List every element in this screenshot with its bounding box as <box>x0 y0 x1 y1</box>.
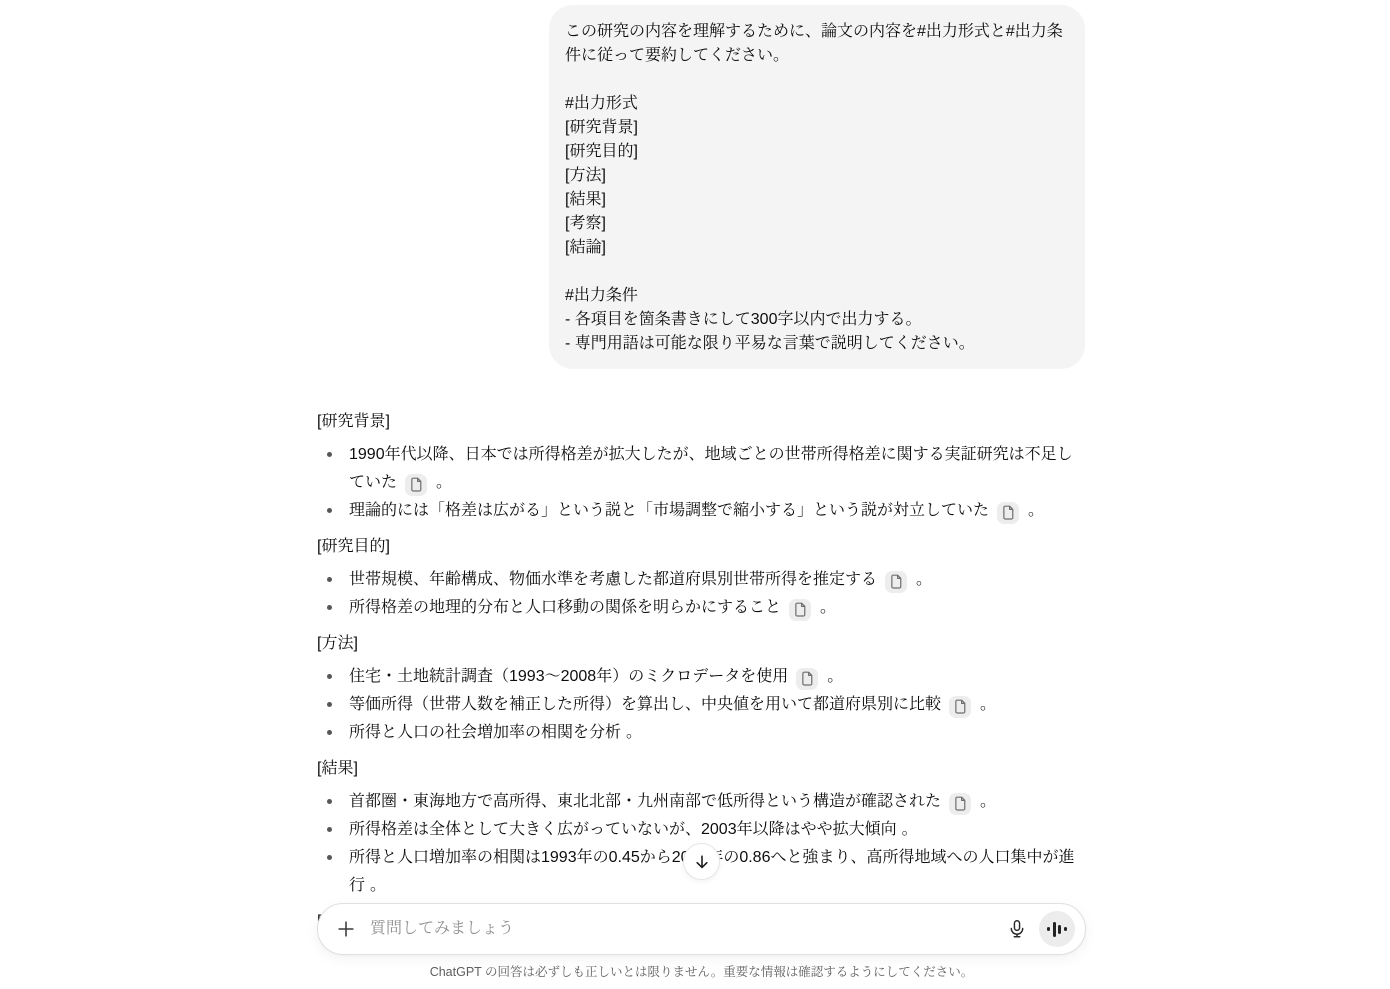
list-item: 理論的には「格差は広がる」という説と「市場調整で縮小する」という説が対立していた… <box>317 497 1085 525</box>
citation-chip[interactable] <box>796 668 818 690</box>
document-icon <box>1002 505 1015 520</box>
list-item: 住宅・土地統計調査（1993〜2008年）のミクロデータを使用。 <box>317 663 1085 691</box>
bullet-text: 。 <box>916 571 932 588</box>
plus-icon <box>335 918 357 940</box>
bullet-text: 1990年代以降、日本では所得格差が拡大したが、地域ごとの世帯所得格差に関する実… <box>349 446 1073 491</box>
user-message-line: [方法] <box>565 164 1069 188</box>
user-message-line: [結果] <box>565 188 1069 212</box>
user-message-line: この研究の内容を理解するために、論文の内容を#出力形式と#出力条件に従って要約し… <box>565 20 1069 68</box>
attach-button[interactable] <box>330 913 362 945</box>
voice-mode-button[interactable] <box>1039 911 1075 947</box>
section-heading-research-purpose: [研究目的] <box>317 533 1085 561</box>
arrow-down-icon <box>692 852 712 872</box>
list-item: 世帯規模、年齢構成、物価水準を考慮した都道府県別世帯所得を推定する。 <box>317 566 1085 594</box>
chat-input[interactable] <box>370 920 1001 938</box>
bullet-list: 世帯規模、年齢構成、物価水準を考慮した都道府県別世帯所得を推定する。 所得格差の… <box>317 566 1085 622</box>
user-message-row: この研究の内容を理解するために、論文の内容を#出力形式と#出力条件に従って要約し… <box>317 0 1085 369</box>
bullet-text: 。 <box>370 877 386 894</box>
citation-chip[interactable] <box>405 474 427 496</box>
bullet-text: 。 <box>626 724 642 741</box>
message-composer[interactable] <box>317 903 1086 955</box>
conversation-column: この研究の内容を理解するために、論文の内容を#出力形式と#出力条件に従って要約し… <box>317 0 1085 369</box>
bullet-text: 等価所得（世帯人数を補正した所得）を算出し、中央値を用いて都道府県別に比較 <box>349 696 941 713</box>
user-message-line: - 各項目を箇条書きにして300字以内で出力する。 <box>565 308 1069 332</box>
user-message-line <box>565 68 1069 92</box>
bullet-text: 。 <box>902 821 918 838</box>
user-message-line: - 専門用語は可能な限り平易な言葉で説明してください。 <box>565 332 1069 356</box>
document-icon <box>890 574 903 589</box>
microphone-icon <box>1006 918 1028 940</box>
list-item: 等価所得（世帯人数を補正した所得）を算出し、中央値を用いて都道府県別に比較。 <box>317 691 1085 719</box>
scroll-to-bottom-button[interactable] <box>683 843 720 880</box>
list-item: 所得格差の地理的分布と人口移動の関係を明らかにすること。 <box>317 594 1085 622</box>
bullet-text: 所得格差は全体として大きく広がっていないが、2003年以降はやや拡大傾向 <box>349 821 897 838</box>
document-icon <box>410 477 423 492</box>
bullet-text: 首都圏・東海地方で高所得、東北北部・九州南部で低所得という構造が確認された <box>349 793 941 810</box>
bullet-text: 理論的には「格差は広がる」という説と「市場調整で縮小する」という説が対立していた <box>349 502 989 519</box>
section-heading-research-background: [研究背景] <box>317 408 1085 436</box>
citation-chip[interactable] <box>949 696 971 718</box>
list-item: 首都圏・東海地方で高所得、東北北部・九州南部で低所得という構造が確認された。 <box>317 788 1085 816</box>
bullet-text: 。 <box>820 599 836 616</box>
bullet-text: 。 <box>827 668 843 685</box>
bullet-list: 住宅・土地統計調査（1993〜2008年）のミクロデータを使用。 等価所得（世帯… <box>317 663 1085 747</box>
user-message-line: [研究背景] <box>565 116 1069 140</box>
list-item: 1990年代以降、日本では所得格差が拡大したが、地域ごとの世帯所得格差に関する実… <box>317 441 1085 497</box>
list-item: 所得格差は全体として大きく広がっていないが、2003年以降はやや拡大傾向。 <box>317 816 1085 844</box>
disclaimer-text: ChatGPT の回答は必ずしも正しいとは限りません。重要な情報は確認するように… <box>317 964 1086 980</box>
waveform-icon <box>1047 922 1067 937</box>
list-item: 所得と人口の社会増加率の相関を分析。 <box>317 719 1085 747</box>
citation-chip[interactable] <box>789 599 811 621</box>
bullet-list: 1990年代以降、日本では所得格差が拡大したが、地域ごとの世帯所得格差に関する実… <box>317 441 1085 525</box>
user-message-line <box>565 260 1069 284</box>
chatgpt-chat-view: この研究の内容を理解するために、論文の内容を#出力形式と#出力条件に従って要約し… <box>0 0 1390 989</box>
bullet-text: 世帯規模、年齢構成、物価水準を考慮した都道府県別世帯所得を推定する <box>349 571 877 588</box>
user-message-line: [研究目的] <box>565 140 1069 164</box>
section-heading-method: [方法] <box>317 630 1085 658</box>
document-icon <box>954 796 967 811</box>
user-message-line: [結論] <box>565 236 1069 260</box>
user-message-line: #出力条件 <box>565 284 1069 308</box>
user-message-line: [考察] <box>565 212 1069 236</box>
bullet-text: 。 <box>980 793 996 810</box>
bullet-text: 所得と人口の社会増加率の相関を分析 <box>349 724 621 741</box>
user-message-bubble: この研究の内容を理解するために、論文の内容を#出力形式と#出力条件に従って要約し… <box>549 5 1085 369</box>
bullet-text: 所得格差の地理的分布と人口移動の関係を明らかにすること <box>349 599 781 616</box>
bullet-text: 住宅・土地統計調査（1993〜2008年）のミクロデータを使用 <box>349 668 788 685</box>
citation-chip[interactable] <box>997 502 1019 524</box>
document-icon <box>794 602 807 617</box>
document-icon <box>954 699 967 714</box>
bullet-text: 。 <box>980 696 996 713</box>
document-icon <box>801 671 814 686</box>
bullet-text: 。 <box>1028 502 1044 519</box>
user-message-line: #出力形式 <box>565 92 1069 116</box>
citation-chip[interactable] <box>885 571 907 593</box>
citation-chip[interactable] <box>949 793 971 815</box>
section-heading-results: [結果] <box>317 755 1085 783</box>
bullet-text: 。 <box>436 474 452 491</box>
dictate-button[interactable] <box>1001 913 1033 945</box>
